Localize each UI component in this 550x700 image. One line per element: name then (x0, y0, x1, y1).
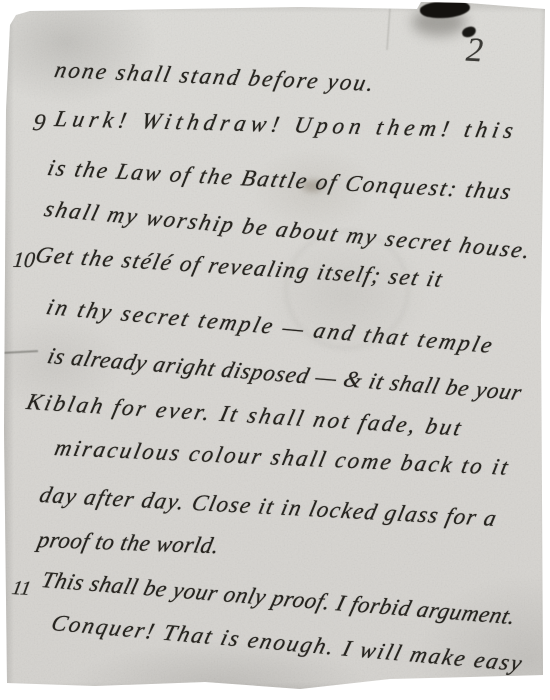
verse-number-11: 11 (10, 577, 33, 601)
page-number: 2 (465, 32, 484, 71)
manuscript-paper: 2 9 10 11 none shall stand before you. L… (0, 0, 550, 700)
scanned-document: 2 9 10 11 none shall stand before you. L… (0, 0, 550, 700)
verse-number-10: 10 (12, 247, 37, 273)
